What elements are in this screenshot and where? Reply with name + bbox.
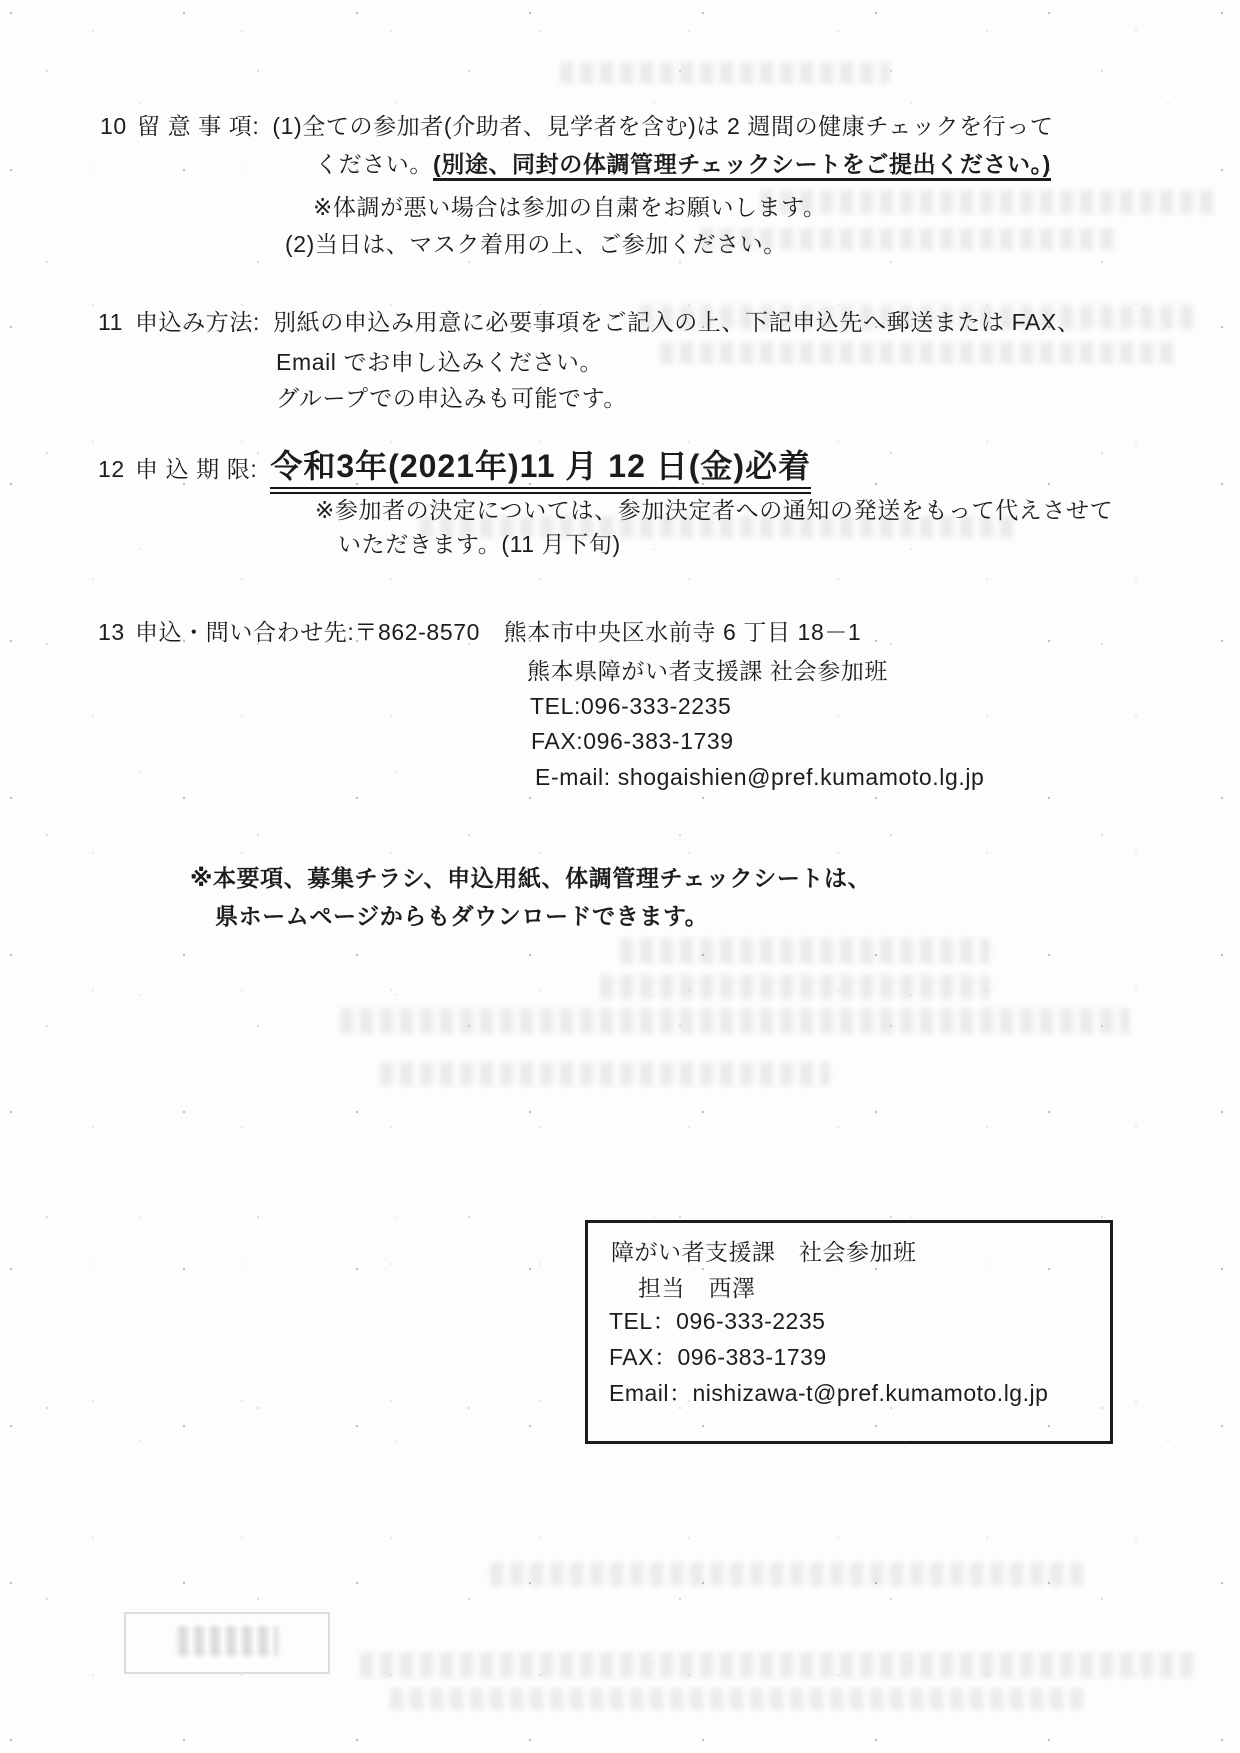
bleed-through-artifact <box>490 1562 1090 1586</box>
item-13-email: E-mail: shogaishien@pref.kumamoto.lg.jp <box>535 763 984 792</box>
bleed-through-artifact <box>760 190 1220 214</box>
contact-box-fax: FAX：096-383-1739 <box>609 1339 827 1372</box>
item-13-tel: TEL:096-333-2235 <box>530 692 731 721</box>
item-11-line-1: 別紙の申込み用意に必要事項をご記入の上、下記申込先へ郵送または FAX、 <box>273 308 1080 337</box>
item-10-line-2-underlined: (別途、同封の体調管理チェックシートをご提出ください。) <box>433 151 1051 181</box>
item-10-label: 留 意 事 項: <box>137 112 259 141</box>
contact-box-division: 障がい者支援課 社会参加班 <box>611 1234 917 1267</box>
item-11-heading-row: 11 申込み方法: 別紙の申込み用意に必要事項をご記入の上、下記申込先へ郵送また… <box>98 308 1080 337</box>
bleed-through-artifact <box>600 975 990 999</box>
item-10-line-3: ※体調が悪い場合は参加の自粛をお願いします。 <box>313 193 827 222</box>
item-10-line-1: (1)全ての参加者(介助者、見学者を含む)は 2 週間の健康チェックを行って <box>272 112 1053 141</box>
item-13-address: 〒862-8570 熊本市中央区水前寺 6 丁目 18－1 <box>354 618 861 647</box>
bleed-through-artifact <box>660 342 1180 364</box>
item-13-fax: FAX:096-383-1739 <box>531 727 734 756</box>
item-12-note-2: いただきます。(11 月下旬) <box>338 530 621 559</box>
item-13-heading-row: 13 申込・問い合わせ先: 〒862-8570 熊本市中央区水前寺 6 丁目 1… <box>98 618 861 647</box>
download-note-line-1: ※本要項、募集チラシ、申込用紙、体調管理チェックシートは、 <box>190 864 871 893</box>
bleed-through-artifact <box>360 1652 1200 1678</box>
item-12-note-1: ※参加者の決定については、参加決定者への通知の発送をもって代えさせて <box>315 496 1113 525</box>
contact-box: 障がい者支援課 社会参加班 担当 西澤 TEL：096-333-2235 FAX… <box>585 1220 1113 1444</box>
item-12-heading-row: 12 申 込 期 限: 令和3年(2021年)11 月 12 日(金)必着 <box>98 446 811 494</box>
item-12-label: 申 込 期 限: <box>135 455 257 484</box>
bleed-through-artifact <box>620 938 990 964</box>
item-11-line-2: Email でお申し込みください。 <box>276 348 603 377</box>
item-12-number: 12 <box>98 455 135 484</box>
bleed-through-artifact <box>340 1008 1130 1034</box>
item-10-line-2: ください。(別途、同封の体調管理チェックシートをご提出ください。) <box>315 150 1051 179</box>
item-13-organization: 熊本県障がい者支援課 社会参加班 <box>527 657 888 686</box>
item-13-number: 13 <box>98 618 135 647</box>
bleed-through-artifact <box>380 1062 830 1086</box>
contact-box-tel: TEL：096-333-2235 <box>609 1303 825 1336</box>
item-11-line-3: グループでの申込みも可能です。 <box>276 384 627 413</box>
download-note-line-2: 県ホームページからもダウンロードできます。 <box>215 902 708 931</box>
item-13-label: 申込・問い合わせ先: <box>135 618 354 647</box>
contact-box-person: 担当 西澤 <box>638 1270 756 1303</box>
bleed-through-artifact <box>560 62 890 84</box>
item-10-heading-row: 10 留 意 事 項: (1)全ての参加者(介助者、見学者を含む)は 2 週間の… <box>100 112 1054 141</box>
item-11-label: 申込み方法: <box>135 308 260 337</box>
item-10-line-2-prefix: ください。 <box>315 151 433 177</box>
item-10-number: 10 <box>100 112 137 141</box>
contact-box-email: Email：nishizawa-t@pref.kumamoto.lg.jp <box>609 1375 1048 1408</box>
item-10-line-4: (2)当日は、マスク着用の上、ご参加ください。 <box>285 230 787 259</box>
bleed-through-artifact <box>390 1688 1090 1710</box>
application-deadline-text: 令和3年(2021年)11 月 12 日(金)必着 <box>270 446 811 494</box>
item-11-number: 11 <box>98 308 135 337</box>
scanned-document-page: 10 留 意 事 項: (1)全ての参加者(介助者、見学者を含む)は 2 週間の… <box>0 0 1240 1753</box>
bleed-through-stamp-box <box>124 1612 330 1674</box>
